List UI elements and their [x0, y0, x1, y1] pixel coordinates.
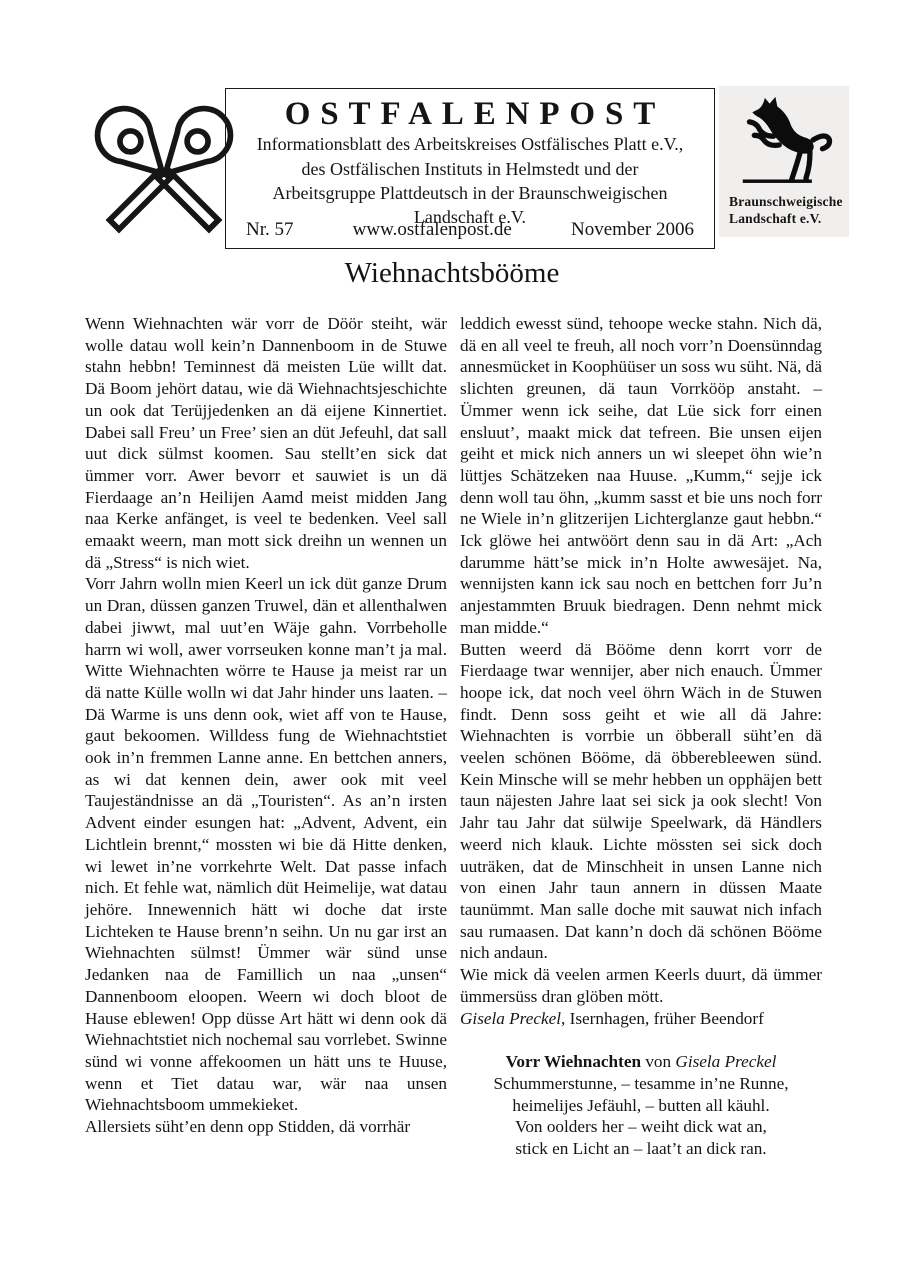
article-title: Wiehnachtsbööme	[0, 256, 904, 291]
horse-logo-caption-line-2: Landschaft e.V.	[729, 211, 849, 228]
article-paragraph: Wie mick dä veelen armen Keerls duurt, d…	[460, 964, 822, 1007]
article-paragraph: Vorr Jahrn wolln mien Keerl un ick düt g…	[85, 573, 447, 1116]
masthead-subtitle-line-1: Informationsblatt des Arbeitskreises Ost…	[226, 133, 714, 156]
poem-line: stick en Licht an – laat’t an dick ran.	[460, 1138, 822, 1160]
article-body: Wenn Wiehnachten wär vorr de Döör steiht…	[85, 313, 822, 1160]
issue-date: November 2006	[571, 219, 694, 241]
left-column: Wenn Wiehnachten wär vorr de Döör steiht…	[85, 313, 447, 1160]
article-paragraph: leddich ewesst sünd, tehoope wecke stahn…	[460, 313, 822, 639]
issue-number: Nr. 57	[246, 219, 294, 241]
right-column: leddich ewesst sünd, tehoope wecke stahn…	[460, 313, 822, 1160]
braunschweigische-landschaft-logo: Braunschweigische Landschaft e.V.	[719, 86, 849, 237]
rearing-horse-icon	[729, 92, 849, 194]
byline-location: , Isernhagen, früher Beendorf	[561, 1009, 764, 1028]
poem-title: Vorr Wiehnachten	[506, 1052, 641, 1071]
poem-line: heimelijes Jefäuhl, – butten all käuhl.	[460, 1095, 822, 1117]
masthead-subtitle-line-2: des Ostfälischen Instituts in Helmstedt …	[226, 158, 714, 181]
poem-connector: von	[641, 1052, 675, 1071]
article-byline: Gisela Preckel, Isernhagen, früher Beend…	[460, 1008, 822, 1030]
newsletter-page: OSTFALENPOST Informationsblatt des Arbei…	[0, 0, 904, 1280]
masthead-title: OSTFALENPOST	[226, 96, 714, 132]
masthead-subtitle-line-3: Arbeitsgruppe Plattdeutsch in der Brauns…	[226, 182, 714, 205]
horse-logo-caption-line-1: Braunschweigische	[729, 194, 849, 211]
poem-heading: Vorr Wiehnachten von Gisela Preckel	[460, 1051, 822, 1073]
masthead-box: OSTFALENPOST Informationsblatt des Arbei…	[225, 88, 715, 249]
article-paragraph: Wenn Wiehnachten wär vorr de Döör steiht…	[85, 313, 447, 573]
poem-line: Von oolders her – weiht dick wat an,	[460, 1116, 822, 1138]
website-url: www.ostfalenpost.de	[353, 219, 512, 241]
byline-author: Gisela Preckel	[460, 1009, 561, 1028]
poem-block: Vorr Wiehnachten von Gisela Preckel Schu…	[460, 1051, 822, 1160]
article-paragraph: Allersiets süht’en denn opp Stidden, dä …	[85, 1116, 447, 1138]
crossed-signal-flags-icon	[88, 96, 240, 254]
poem-line: Schummerstunne, – tesamme in’ne Runne,	[460, 1073, 822, 1095]
article-paragraph: Butten weerd dä Bööme denn korrt vorr de…	[460, 639, 822, 965]
masthead-issue-row: Nr. 57 www.ostfalenpost.de November 2006	[246, 219, 694, 241]
poem-author: Gisela Preckel	[675, 1052, 776, 1071]
